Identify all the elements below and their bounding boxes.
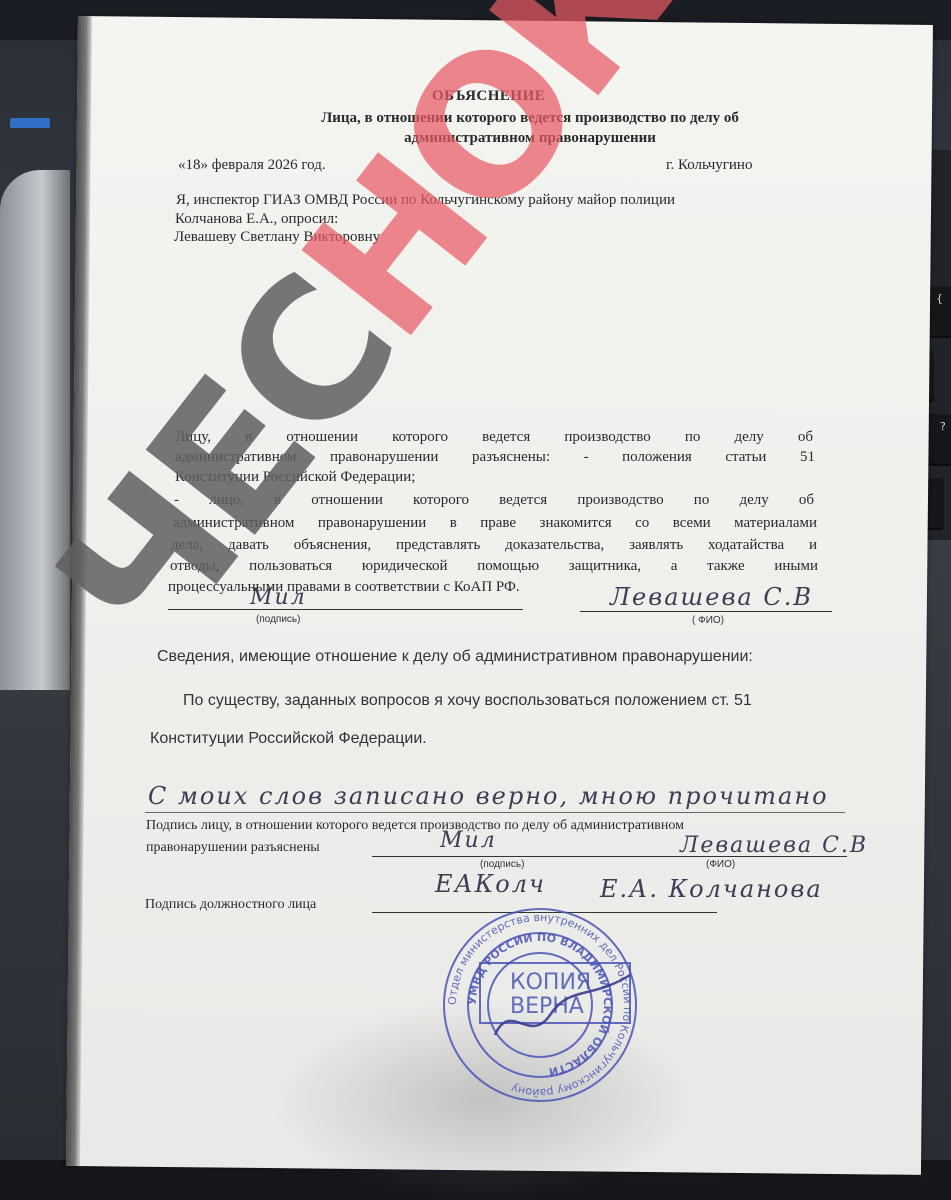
stamp-box-line1: КОПИЯ (510, 970, 591, 995)
signature-label: (подпись) (256, 614, 300, 625)
key-question: ? (932, 414, 951, 466)
footer-handwritten-signature: Мил (440, 828, 497, 853)
usb-device (10, 118, 50, 128)
footer-line2: правонарушении разъяснены (146, 840, 320, 856)
footer-signature-label: (подпись) (480, 859, 524, 870)
fio-label: ( ФИО) (692, 615, 724, 626)
handwritten-confirmation: С моих слов записано верно, мною прочита… (148, 782, 829, 810)
official-handwritten-signature: ЕАКолч (435, 870, 546, 898)
official-stamp: Отдел министерства внутренних дел России… (440, 905, 640, 1105)
stamp-box-line2: ВЕРНА (510, 994, 584, 1019)
info-heading: Сведения, имеющие отношение к делу об ад… (157, 648, 753, 666)
footer-fio-label: (ФИО) (706, 859, 735, 870)
fio-line (580, 611, 832, 612)
laptop-edge (0, 170, 70, 690)
official-label: Подпись должностного лица (145, 897, 316, 913)
document-date: «18» февраля 2026 год. (178, 157, 326, 174)
footer-signature-line (372, 856, 847, 857)
confirmation-underline (145, 812, 845, 813)
statement-line1: По существу, заданных вопросов я хочу во… (183, 692, 752, 710)
footer-line1: Подпись лицу, в отношении которого ведет… (146, 818, 684, 834)
handwritten-fio: Левашева С.В (610, 583, 813, 611)
official-handwritten-name: Е.А. Колчанова (600, 875, 823, 903)
document-city: г. Кольчугино (666, 157, 752, 174)
statement-line2: Конституции Российской Федерации. (150, 730, 427, 748)
key-brace: { (928, 286, 951, 338)
footer-handwritten-fio: Левашева С.В (680, 833, 868, 858)
